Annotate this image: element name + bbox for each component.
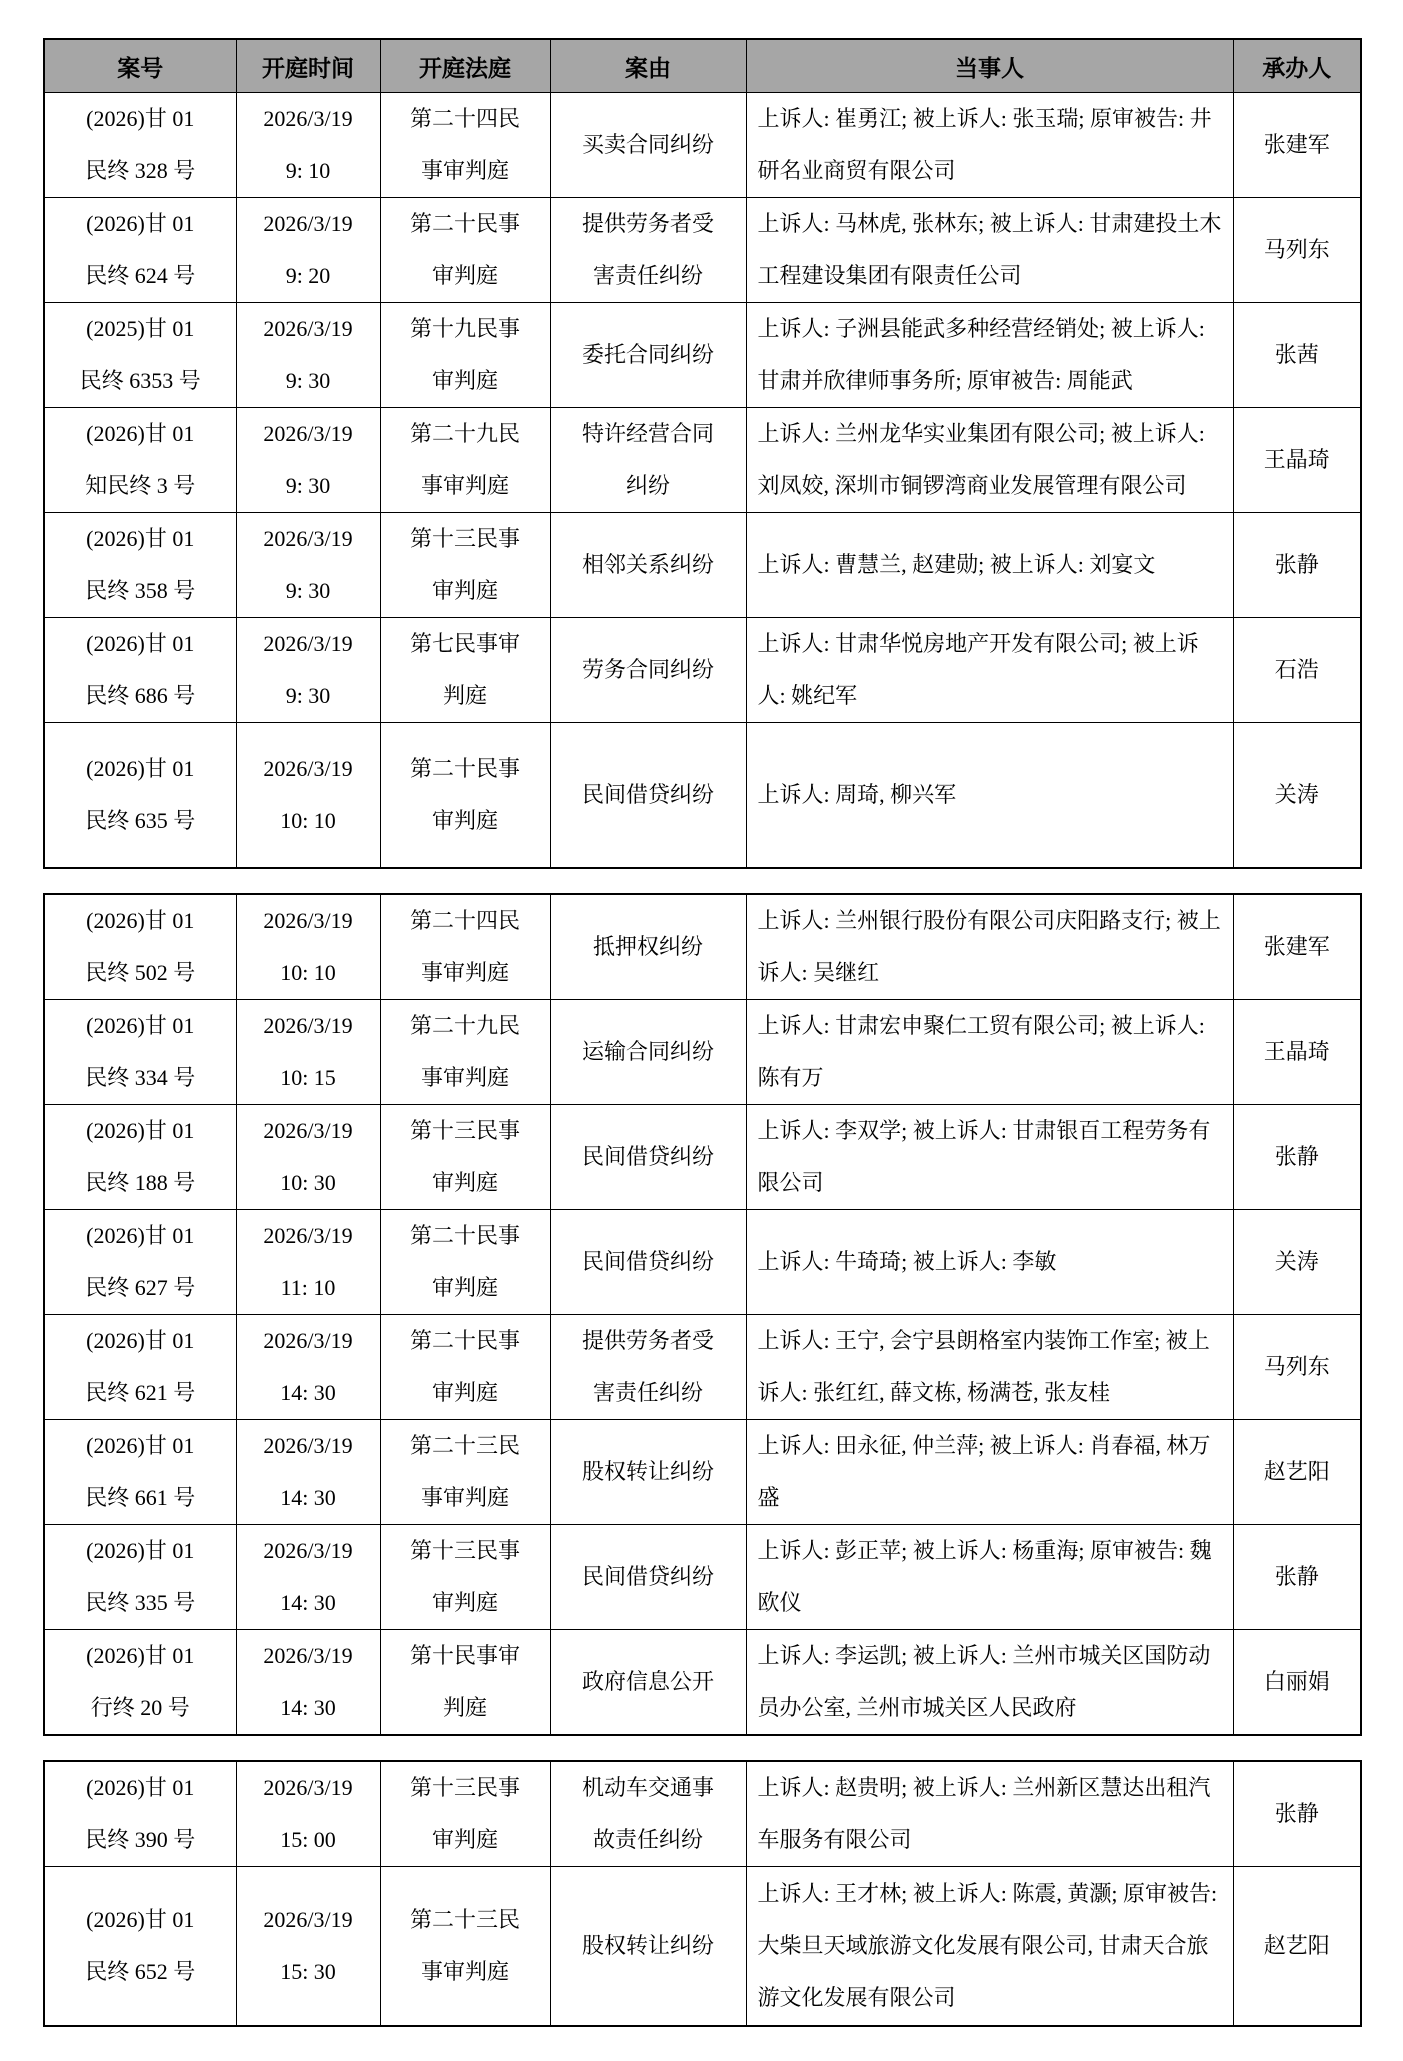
handler-cell: 张静 [1233, 1761, 1361, 1867]
cause-of-action-cell: 运输合同纠纷 [550, 999, 746, 1104]
case-number-cell: (2026)甘 01 民终 328 号 [44, 93, 236, 198]
hearing-time-cell: 2026/3/19 9: 30 [236, 408, 380, 513]
handler-cell: 赵艺阳 [1233, 1866, 1361, 2026]
handler-cell: 张建军 [1233, 93, 1361, 198]
hearing-time-cell: 2026/3/19 9: 30 [236, 513, 380, 618]
courtroom-cell: 第二十民事 审判庭 [380, 198, 550, 303]
case-number-cell: (2026)甘 01 民终 661 号 [44, 1419, 236, 1524]
hearing-schedule-table-1: 案号 开庭时间 开庭法庭 案由 当事人 承办人 (2026)甘 01 民终 32… [43, 38, 1362, 869]
case-number-cell: (2026)甘 01 民终 358 号 [44, 513, 236, 618]
courtroom-cell: 第二十九民 事审判庭 [380, 999, 550, 1104]
hearing-time-cell: 2026/3/19 11: 10 [236, 1209, 380, 1314]
table-row: (2026)甘 01 民终 621 号2026/3/19 14: 30第二十民事… [44, 1314, 1361, 1419]
table-row: (2026)甘 01 民终 635 号2026/3/19 10: 10第二十民事… [44, 723, 1361, 868]
case-number-cell: (2026)甘 01 行终 20 号 [44, 1629, 236, 1735]
parties-cell: 上诉人: 崔勇江; 被上诉人: 张玉瑞; 原审被告: 井研名业商贸有限公司 [746, 93, 1233, 198]
cause-of-action-cell: 股权转让纠纷 [550, 1419, 746, 1524]
header-handler: 承办人 [1233, 39, 1361, 93]
courtroom-cell: 第十九民事 审判庭 [380, 303, 550, 408]
handler-cell: 白丽娟 [1233, 1629, 1361, 1735]
cause-of-action-cell: 民间借贷纠纷 [550, 723, 746, 868]
courtroom-cell: 第十三民事 审判庭 [380, 1761, 550, 1867]
table-row: (2026)甘 01 民终 335 号2026/3/19 14: 30第十三民事… [44, 1524, 1361, 1629]
parties-cell: 上诉人: 李运凯; 被上诉人: 兰州市城关区国防动员办公室, 兰州市城关区人民政… [746, 1629, 1233, 1735]
parties-cell: 上诉人: 赵贵明; 被上诉人: 兰州新区慧达出租汽车服务有限公司 [746, 1761, 1233, 1867]
court-hearing-schedule-page: 案号 开庭时间 开庭法庭 案由 当事人 承办人 (2026)甘 01 民终 32… [0, 0, 1403, 2061]
case-number-cell: (2026)甘 01 民终 652 号 [44, 1866, 236, 2026]
table-row: (2026)甘 01 知民终 3 号2026/3/19 9: 30第二十九民 事… [44, 408, 1361, 513]
hearing-time-cell: 2026/3/19 14: 30 [236, 1314, 380, 1419]
cause-of-action-cell: 股权转让纠纷 [550, 1866, 746, 2026]
handler-cell: 马列东 [1233, 1314, 1361, 1419]
hearing-time-cell: 2026/3/19 14: 30 [236, 1524, 380, 1629]
handler-cell: 关涛 [1233, 723, 1361, 868]
handler-cell: 王晶琦 [1233, 999, 1361, 1104]
courtroom-cell: 第二十三民 事审判庭 [380, 1419, 550, 1524]
parties-cell: 上诉人: 兰州银行股份有限公司庆阳路支行; 被上诉人: 吴继红 [746, 894, 1233, 1000]
cause-of-action-cell: 机动车交通事 故责任纠纷 [550, 1761, 746, 1867]
parties-cell: 上诉人: 田永征, 仲兰萍; 被上诉人: 肖春福, 林万盛 [746, 1419, 1233, 1524]
header-hearing-time: 开庭时间 [236, 39, 380, 93]
hearing-time-cell: 2026/3/19 9: 30 [236, 618, 380, 723]
table-2-body: (2026)甘 01 民终 502 号2026/3/19 10: 10第二十四民… [44, 894, 1361, 1735]
case-number-cell: (2026)甘 01 民终 627 号 [44, 1209, 236, 1314]
hearing-time-cell: 2026/3/19 15: 00 [236, 1761, 380, 1867]
parties-cell: 上诉人: 王才林; 被上诉人: 陈震, 黄灏; 原审被告: 大柴旦天域旅游文化发… [746, 1866, 1233, 2026]
parties-cell: 上诉人: 牛琦琦; 被上诉人: 李敏 [746, 1209, 1233, 1314]
courtroom-cell: 第二十民事 审判庭 [380, 1209, 550, 1314]
table-row: (2026)甘 01 民终 334 号2026/3/19 10: 15第二十九民… [44, 999, 1361, 1104]
handler-cell: 张静 [1233, 513, 1361, 618]
case-number-cell: (2026)甘 01 民终 621 号 [44, 1314, 236, 1419]
header-case-number: 案号 [44, 39, 236, 93]
header-row: 案号 开庭时间 开庭法庭 案由 当事人 承办人 [44, 39, 1361, 93]
handler-cell: 王晶琦 [1233, 408, 1361, 513]
parties-cell: 上诉人: 王宁, 会宁县朗格室内装饰工作室; 被上诉人: 张红红, 薛文栋, 杨… [746, 1314, 1233, 1419]
header-parties: 当事人 [746, 39, 1233, 93]
case-number-cell: (2026)甘 01 民终 635 号 [44, 723, 236, 868]
courtroom-cell: 第七民事审 判庭 [380, 618, 550, 723]
table-3-body: (2026)甘 01 民终 390 号2026/3/19 15: 00第十三民事… [44, 1761, 1361, 2027]
table-row: (2026)甘 01 民终 502 号2026/3/19 10: 10第二十四民… [44, 894, 1361, 1000]
table-row: (2025)甘 01 民终 6353 号2026/3/19 9: 30第十九民事… [44, 303, 1361, 408]
parties-cell: 上诉人: 曹慧兰, 赵建勋; 被上诉人: 刘宴文 [746, 513, 1233, 618]
hearing-time-cell: 2026/3/19 9: 10 [236, 93, 380, 198]
courtroom-cell: 第二十四民 事审判庭 [380, 894, 550, 1000]
case-number-cell: (2026)甘 01 民终 502 号 [44, 894, 236, 1000]
hearing-schedule-table-2: (2026)甘 01 民终 502 号2026/3/19 10: 10第二十四民… [43, 893, 1362, 1736]
courtroom-cell: 第十民事审 判庭 [380, 1629, 550, 1735]
cause-of-action-cell: 提供劳务者受 害责任纠纷 [550, 198, 746, 303]
handler-cell: 关涛 [1233, 1209, 1361, 1314]
hearing-time-cell: 2026/3/19 9: 20 [236, 198, 380, 303]
parties-cell: 上诉人: 甘肃宏申聚仁工贸有限公司; 被上诉人: 陈有万 [746, 999, 1233, 1104]
parties-cell: 上诉人: 马林虎, 张林东; 被上诉人: 甘肃建投土木工程建设集团有限责任公司 [746, 198, 1233, 303]
hearing-time-cell: 2026/3/19 14: 30 [236, 1629, 380, 1735]
case-number-cell: (2026)甘 01 民终 686 号 [44, 618, 236, 723]
courtroom-cell: 第二十九民 事审判庭 [380, 408, 550, 513]
cause-of-action-cell: 特许经营合同 纠纷 [550, 408, 746, 513]
parties-cell: 上诉人: 兰州龙华实业集团有限公司; 被上诉人: 刘凤姣, 深圳市铜锣湾商业发展… [746, 408, 1233, 513]
case-number-cell: (2026)甘 01 民终 335 号 [44, 1524, 236, 1629]
courtroom-cell: 第二十三民 事审判庭 [380, 1866, 550, 2026]
courtroom-cell: 第十三民事 审判庭 [380, 1524, 550, 1629]
cause-of-action-cell: 政府信息公开 [550, 1629, 746, 1735]
courtroom-cell: 第二十民事 审判庭 [380, 1314, 550, 1419]
hearing-time-cell: 2026/3/19 9: 30 [236, 303, 380, 408]
handler-cell: 赵艺阳 [1233, 1419, 1361, 1524]
courtroom-cell: 第二十民事 审判庭 [380, 723, 550, 868]
header-courtroom: 开庭法庭 [380, 39, 550, 93]
cause-of-action-cell: 民间借贷纠纷 [550, 1104, 746, 1209]
cause-of-action-cell: 买卖合同纠纷 [550, 93, 746, 198]
courtroom-cell: 第二十四民 事审判庭 [380, 93, 550, 198]
cause-of-action-cell: 民间借贷纠纷 [550, 1524, 746, 1629]
handler-cell: 张建军 [1233, 894, 1361, 1000]
hearing-time-cell: 2026/3/19 14: 30 [236, 1419, 380, 1524]
header-cause-of-action: 案由 [550, 39, 746, 93]
case-number-cell: (2026)甘 01 民终 624 号 [44, 198, 236, 303]
case-number-cell: (2026)甘 01 民终 188 号 [44, 1104, 236, 1209]
table-row: (2026)甘 01 民终 652 号2026/3/19 15: 30第二十三民… [44, 1866, 1361, 2026]
handler-cell: 张静 [1233, 1104, 1361, 1209]
handler-cell: 张茜 [1233, 303, 1361, 408]
case-number-cell: (2026)甘 01 民终 390 号 [44, 1761, 236, 1867]
cause-of-action-cell: 相邻关系纠纷 [550, 513, 746, 618]
table-row: (2026)甘 01 民终 390 号2026/3/19 15: 00第十三民事… [44, 1761, 1361, 1867]
table-row: (2026)甘 01 民终 358 号2026/3/19 9: 30第十三民事 … [44, 513, 1361, 618]
table-row: (2026)甘 01 民终 627 号2026/3/19 11: 10第二十民事… [44, 1209, 1361, 1314]
hearing-time-cell: 2026/3/19 10: 10 [236, 894, 380, 1000]
cause-of-action-cell: 委托合同纠纷 [550, 303, 746, 408]
table-row: (2026)甘 01 民终 661 号2026/3/19 14: 30第二十三民… [44, 1419, 1361, 1524]
cause-of-action-cell: 提供劳务者受 害责任纠纷 [550, 1314, 746, 1419]
parties-cell: 上诉人: 周琦, 柳兴军 [746, 723, 1233, 868]
hearing-time-cell: 2026/3/19 15: 30 [236, 1866, 380, 2026]
case-number-cell: (2025)甘 01 民终 6353 号 [44, 303, 236, 408]
parties-cell: 上诉人: 甘肃华悦房地产开发有限公司; 被上诉人: 姚纪军 [746, 618, 1233, 723]
hearing-time-cell: 2026/3/19 10: 15 [236, 999, 380, 1104]
handler-cell: 张静 [1233, 1524, 1361, 1629]
case-number-cell: (2026)甘 01 民终 334 号 [44, 999, 236, 1104]
hearing-time-cell: 2026/3/19 10: 10 [236, 723, 380, 868]
parties-cell: 上诉人: 彭正苹; 被上诉人: 杨重海; 原审被告: 魏欧仪 [746, 1524, 1233, 1629]
table-row: (2026)甘 01 民终 188 号2026/3/19 10: 30第十三民事… [44, 1104, 1361, 1209]
table-row: (2026)甘 01 民终 328 号2026/3/19 9: 10第二十四民 … [44, 93, 1361, 198]
parties-cell: 上诉人: 子洲县能武多种经营经销处; 被上诉人: 甘肃并欣律师事务所; 原审被告… [746, 303, 1233, 408]
handler-cell: 马列东 [1233, 198, 1361, 303]
case-number-cell: (2026)甘 01 知民终 3 号 [44, 408, 236, 513]
cause-of-action-cell: 民间借贷纠纷 [550, 1209, 746, 1314]
cause-of-action-cell: 劳务合同纠纷 [550, 618, 746, 723]
hearing-schedule-table-3: (2026)甘 01 民终 390 号2026/3/19 15: 00第十三民事… [43, 1760, 1362, 2028]
parties-cell: 上诉人: 李双学; 被上诉人: 甘肃银百工程劳务有限公司 [746, 1104, 1233, 1209]
table-row: (2026)甘 01 行终 20 号2026/3/19 14: 30第十民事审 … [44, 1629, 1361, 1735]
handler-cell: 石浩 [1233, 618, 1361, 723]
courtroom-cell: 第十三民事 审判庭 [380, 1104, 550, 1209]
hearing-time-cell: 2026/3/19 10: 30 [236, 1104, 380, 1209]
table-row: (2026)甘 01 民终 686 号2026/3/19 9: 30第七民事审 … [44, 618, 1361, 723]
table-row: (2026)甘 01 民终 624 号2026/3/19 9: 20第二十民事 … [44, 198, 1361, 303]
courtroom-cell: 第十三民事 审判庭 [380, 513, 550, 618]
table-1-body: (2026)甘 01 民终 328 号2026/3/19 9: 10第二十四民 … [44, 93, 1361, 868]
cause-of-action-cell: 抵押权纠纷 [550, 894, 746, 1000]
